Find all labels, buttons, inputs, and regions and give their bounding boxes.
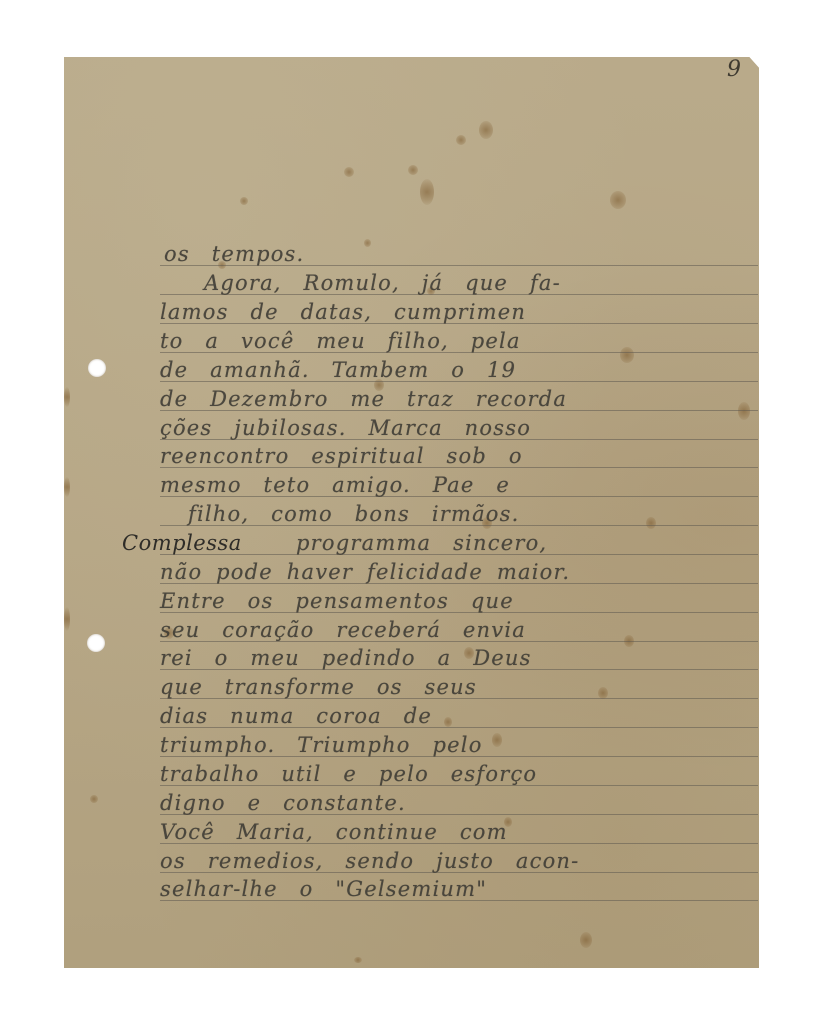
handwritten-line: dias numa coroa de <box>160 702 755 731</box>
handwritten-line: não pode haver felicidade maior. <box>160 558 755 587</box>
handwritten-line: trabalho util e pelo esforço <box>160 760 755 789</box>
stain <box>64 387 70 407</box>
letter-page: 9 os tempos. Agora, R <box>64 57 759 968</box>
margin-note: Complessa <box>122 529 242 558</box>
handwritten-line: Você Maria, continue com <box>160 818 755 847</box>
handwritten-line: digno e constante. <box>160 789 755 818</box>
page-number: 9 <box>727 57 741 82</box>
stain <box>354 957 362 963</box>
handwritten-line: os tempos. <box>164 240 755 269</box>
stain <box>456 135 466 145</box>
stain <box>344 167 354 177</box>
handwritten-line: de amanhã. Tambem o 19 <box>160 356 755 385</box>
handwritten-line: ções jubilosas. Marca nosso <box>160 414 755 443</box>
handwritten-line: Entre os pensamentos que <box>160 587 755 616</box>
stain <box>90 795 98 803</box>
handwritten-line: lamos de datas, cumprimen <box>160 298 755 327</box>
handwritten-line: que transforme os seus <box>160 673 755 702</box>
stain <box>610 191 626 209</box>
binder-hole-bottom <box>87 634 105 652</box>
stain <box>580 932 592 948</box>
stain <box>64 607 70 631</box>
stain <box>408 165 418 175</box>
handwritten-line: Agora, Romulo, já que fa- <box>204 269 755 298</box>
binder-hole-top <box>88 359 106 377</box>
handwritten-line: mesmo teto amigo. Pae e <box>160 471 755 500</box>
handwritten-line: rei o meu pedindo a Deus <box>160 644 755 673</box>
handwritten-line: de Dezembro me traz recorda <box>160 385 755 414</box>
handwritten-line: os remedios, sendo justo acon- <box>160 847 755 876</box>
stain <box>240 197 248 205</box>
handwritten-line: filho, como bons irmãos. <box>188 500 755 529</box>
stain <box>64 477 70 497</box>
handwritten-line: selhar-lhe o "Gelsemium" <box>160 875 755 904</box>
handwritten-line: programma sincero, <box>296 529 755 558</box>
handwritten-line: seu coração receberá envia <box>160 616 755 645</box>
stain <box>420 179 434 205</box>
handwritten-line: to a você meu filho, pela <box>160 327 755 356</box>
handwritten-line: triumpho. Triumpho pelo <box>160 731 755 760</box>
stain <box>479 121 493 139</box>
handwritten-line: reencontro espiritual sob o <box>160 442 755 471</box>
